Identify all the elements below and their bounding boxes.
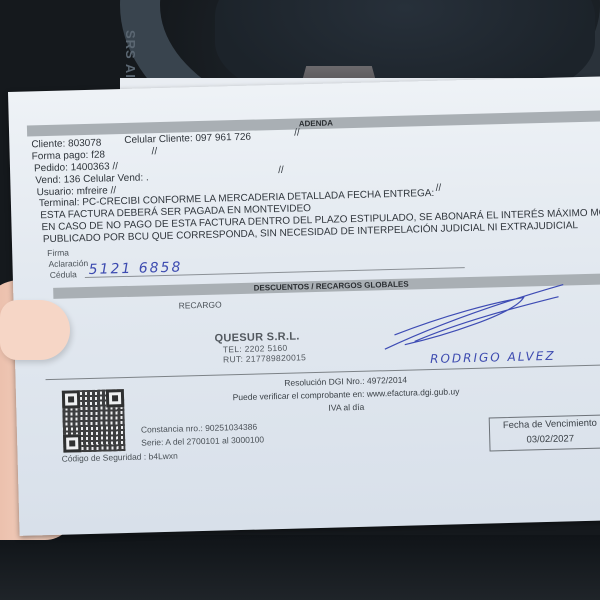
signature-name-handwritten: RODRIGO ALVEZ bbox=[430, 349, 556, 366]
constancia-number: Constancia nro.: 90251034386 bbox=[141, 422, 257, 435]
separator: // bbox=[151, 146, 157, 157]
company-rut: RUT: 217789820015 bbox=[223, 352, 306, 364]
invoice-paper: ADENDA Cliente: 803078 Celular Cliente: … bbox=[8, 76, 600, 536]
codigo-seguridad: Código de Seguridad : b4Lwxn bbox=[61, 451, 177, 464]
vendedor-field: Vend: 136 Celular Vend: . bbox=[35, 172, 149, 186]
vencimiento-label: Fecha de Vencimiento bbox=[490, 415, 600, 433]
car-seat bbox=[0, 535, 600, 600]
thumb bbox=[0, 300, 70, 360]
cliente-field: Cliente: 803078 bbox=[31, 138, 101, 151]
separator: // bbox=[294, 127, 300, 138]
celular-cliente-field: Celular Cliente: 097 961 726 bbox=[124, 132, 251, 146]
forma-pago-field: Forma pago: f28 bbox=[32, 149, 106, 162]
signature bbox=[373, 282, 575, 357]
qr-finder bbox=[63, 434, 81, 452]
pedido-field: Pedido: 1400363 // bbox=[34, 161, 118, 174]
separator: // bbox=[436, 183, 442, 194]
qr-finder bbox=[106, 389, 124, 407]
qr-code bbox=[62, 389, 126, 453]
dgi-info: Resolución DGI Nro.: 4972/2014 Puede ver… bbox=[201, 371, 492, 418]
recargo-label: RECARGO bbox=[179, 299, 222, 310]
adenda-heading: ADENDA bbox=[27, 110, 600, 136]
company-stamp: QUESUR S.R.L. TEL: 2202 5160 RUT: 217789… bbox=[214, 330, 306, 364]
serie-range: Serie: A del 2700101 al 3000100 bbox=[141, 434, 264, 447]
aclaracion-label: Aclaración bbox=[48, 258, 88, 269]
separator: // bbox=[278, 165, 284, 176]
qr-finder bbox=[62, 390, 80, 408]
cedula-label: Cédula bbox=[50, 269, 77, 280]
firma-label: Firma bbox=[47, 247, 69, 258]
fecha-vencimiento-box: Fecha de Vencimiento 03/02/2027 bbox=[489, 414, 600, 451]
